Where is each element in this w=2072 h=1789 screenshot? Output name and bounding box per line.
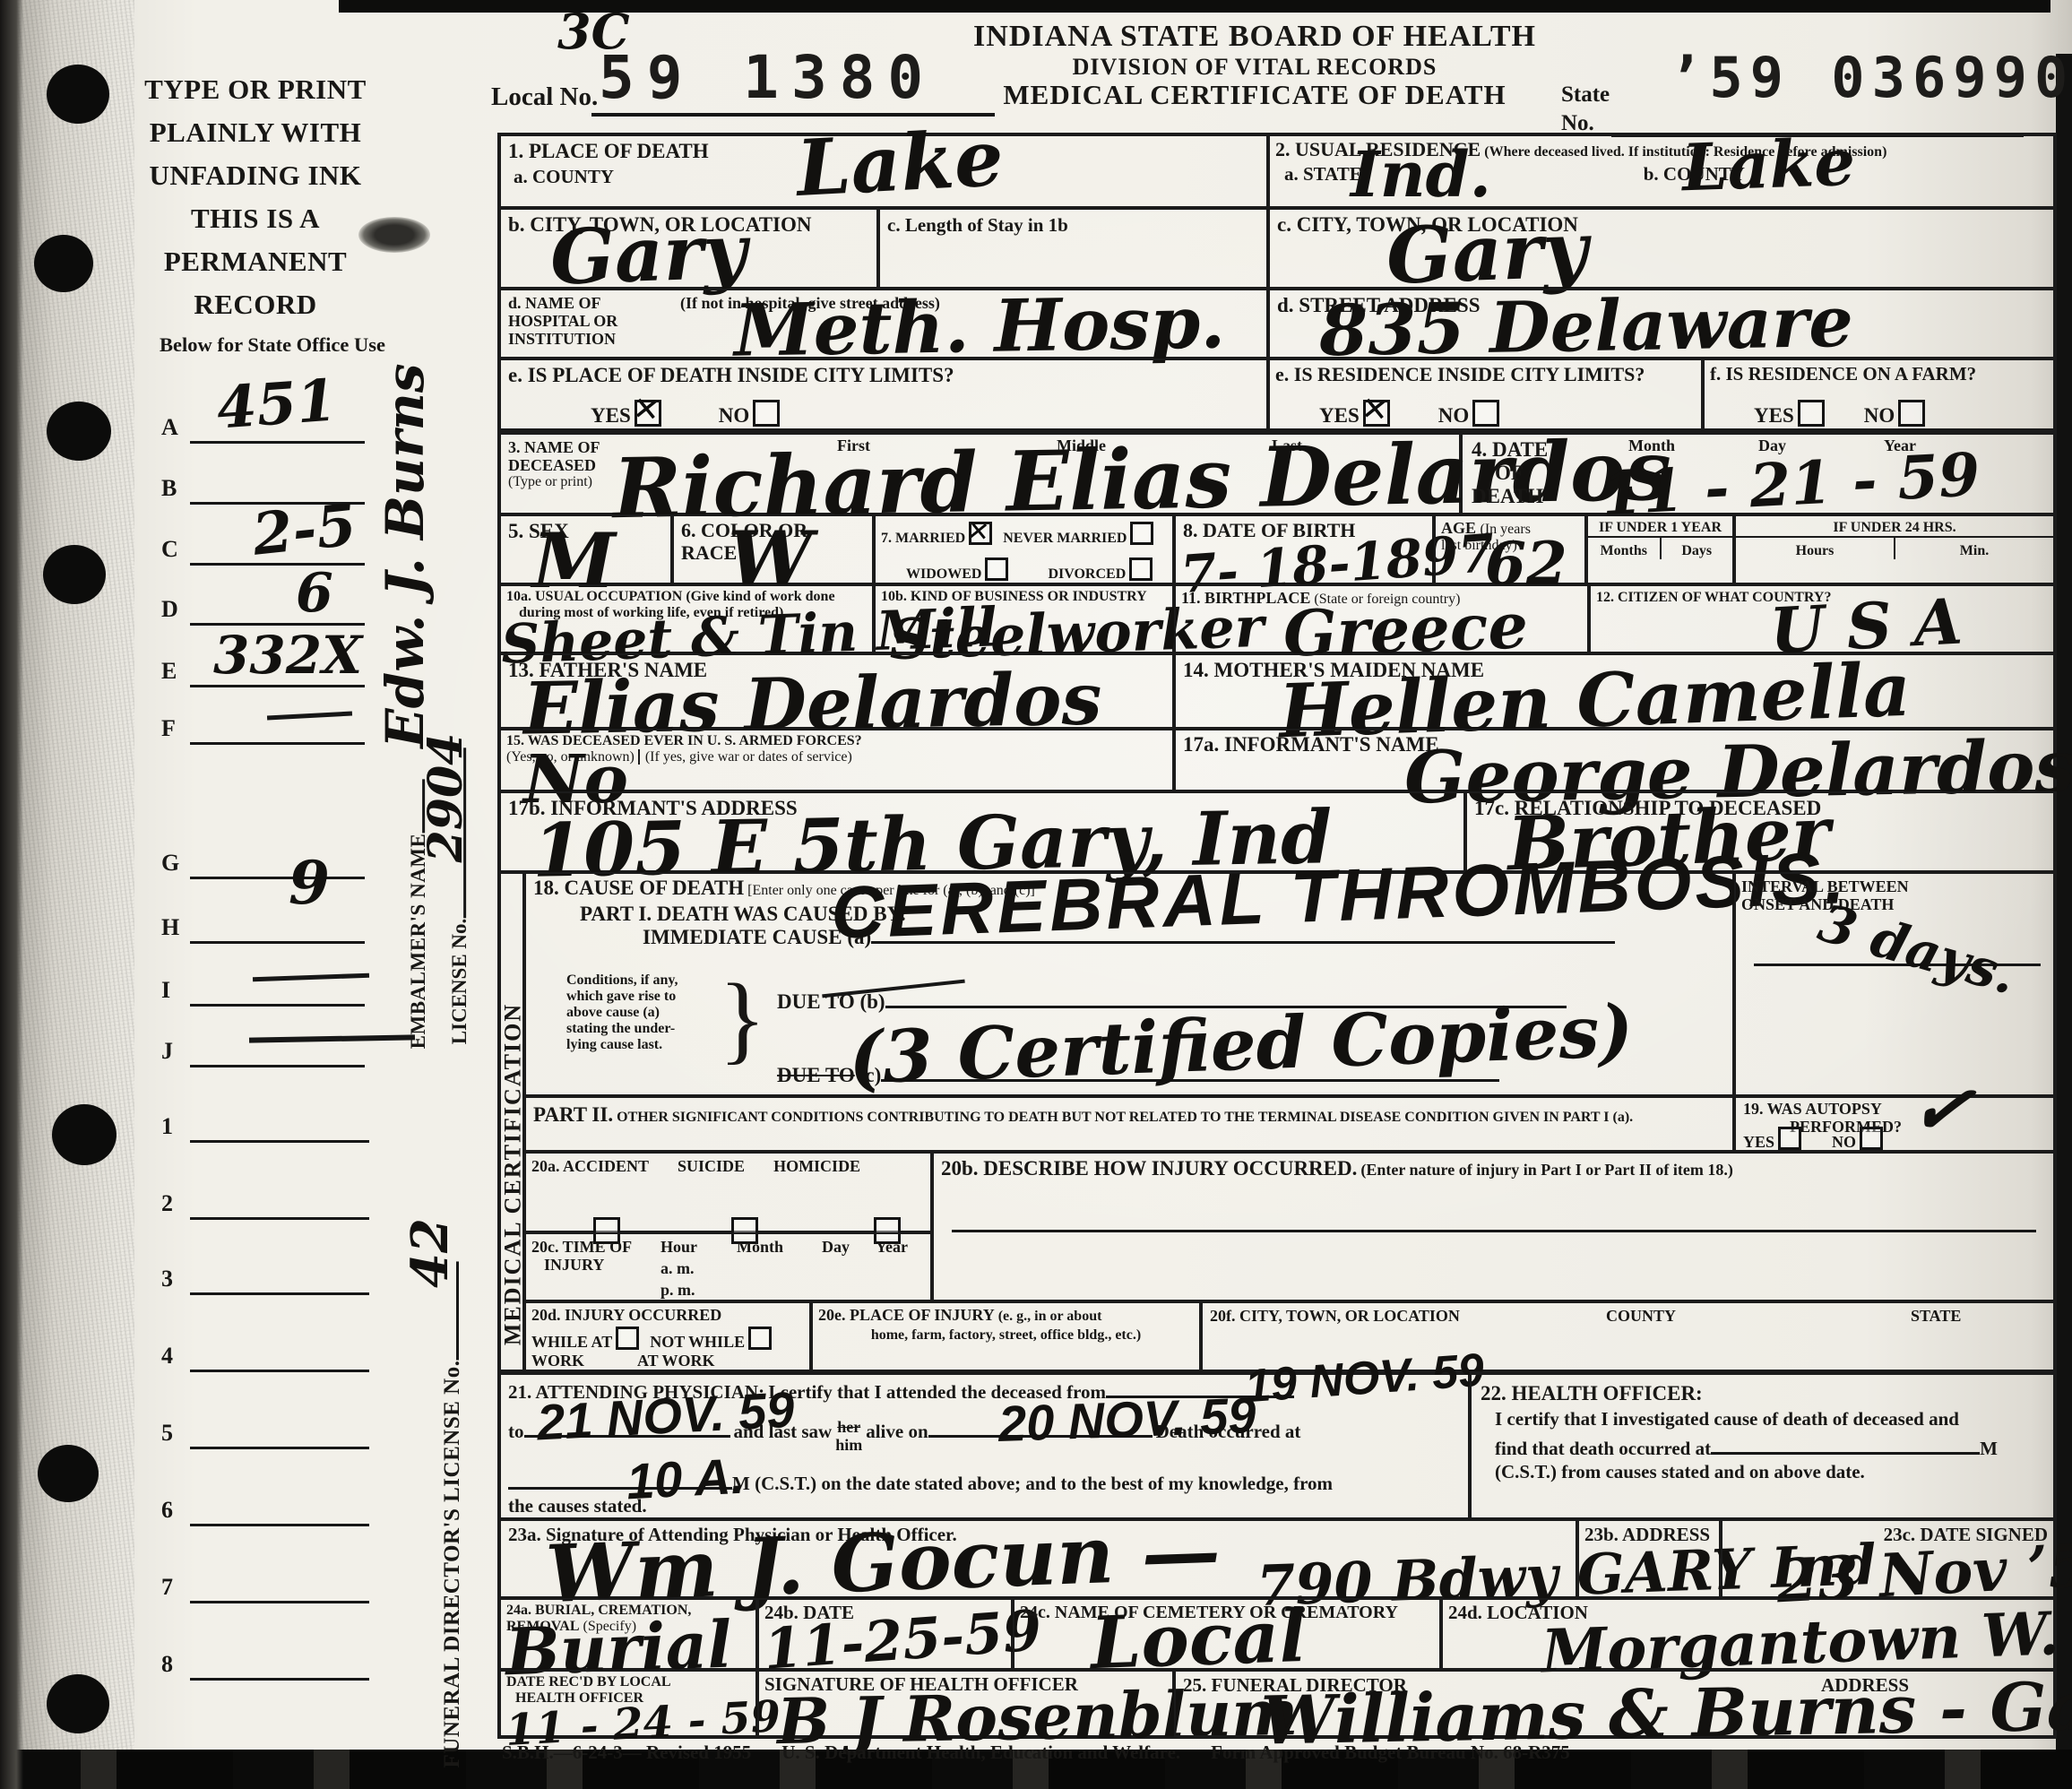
instruction-line: RECORD <box>143 283 367 326</box>
autopsy-no-checkbox-checked <box>1860 1127 1883 1150</box>
autopsy-yes-checkbox <box>1778 1127 1801 1150</box>
never-married-checkbox <box>1130 522 1153 545</box>
box3-label3: (Type or print) <box>508 474 600 490</box>
box1d-label1: d. NAME OF <box>508 294 617 312</box>
death-city-value: Gary <box>549 213 748 296</box>
date-recd-label1: DATE REC'D BY LOCAL <box>501 1672 755 1690</box>
embalmer-name-value: Edw. J. Burns <box>379 363 431 748</box>
x-mark: ✕ <box>965 515 991 549</box>
office-line <box>190 941 365 944</box>
months-label: Months <box>1588 538 1662 559</box>
married-checkbox-checked: ✕ <box>969 522 992 545</box>
title-line-1: INDIANA STATE BOARD OF HEALTH <box>905 20 1604 54</box>
local-no-stamp: 59 1380 <box>599 48 936 108</box>
medical-certification-label: MEDICAL CERTIFICATION <box>499 1003 525 1345</box>
yes-checkbox-checked: ✕ <box>1363 400 1390 427</box>
box1d-label2: HOSPITAL OR <box>508 312 617 330</box>
budget-bureau-footer: Form Approved Budget Bureau No. 68-R375 <box>1211 1741 1570 1763</box>
cell-2c-city: c. CITY, TOWN, OR LOCATION Gary <box>1268 208 2057 289</box>
office-line-number: 5 <box>161 1420 173 1446</box>
hours-label: Hours <box>1736 538 1895 559</box>
box3-label2: DECEASED <box>508 456 600 474</box>
box4-label2: OF <box>1472 462 1548 485</box>
funeral-director-license-label: FUNERAL DIRECTOR'S LICENSE No. <box>440 1262 465 1768</box>
office-line-number: 6 <box>161 1497 173 1523</box>
cell-24d-location: 24d. LOCATION Morgantown W. Va. <box>1441 1598 2057 1670</box>
office-line-letter: C <box>161 536 178 562</box>
residence-state-value: Ind. <box>1351 143 1491 206</box>
cell-4-date-of-death: 4. DATE OF DEATH Month Day Year 11 - 21 … <box>1461 430 2057 514</box>
cell-17a-informant: 17a. INFORMANT'S NAME George Delardos <box>1174 729 2057 791</box>
divorced-label: DIVORCED <box>1048 566 1126 582</box>
yes-label: YES <box>1743 1133 1774 1151</box>
x-mark: ✕ <box>631 391 661 430</box>
title-line-3: MEDICAL CERTIFICATE OF DEATH <box>905 80 1604 111</box>
form-title: INDIANA STATE BOARD OF HEALTH DIVISION O… <box>905 20 1604 111</box>
am-label: a. m. <box>660 1259 695 1277</box>
cell-22-health-officer: 22. HEALTH OFFICER: I certify that I inv… <box>1470 1371 2057 1519</box>
scanned-death-certificate: { "marks":{"x":"✕","check":"✓","brace":"… <box>0 0 2072 1789</box>
cell-1b-city: b. CITY, TOWN, OR LOCATION Gary <box>497 208 878 289</box>
box1c-label: c. Length of Stay in 1b <box>880 210 1266 242</box>
part2-label: PART II. <box>533 1103 613 1126</box>
scan-edge-right <box>2056 54 2072 1789</box>
box22-label: 22. HEALTH OFFICER: <box>1472 1375 2053 1405</box>
box22-text1: I certify that I investigated cause of d… <box>1472 1405 2053 1430</box>
box4-col-month: Month <box>1628 436 1675 454</box>
yes-label: YES <box>1319 404 1360 427</box>
cell-25-funeral-director: 25. FUNERAL DIRECTOR ADDRESS Williams & … <box>1174 1670 2057 1739</box>
conditions-note-line: Conditions, if any, <box>566 972 719 989</box>
cell-13-father: 13. FATHER'S NAME Elias Delardos <box>497 653 1174 729</box>
month-label: Month <box>737 1238 783 1256</box>
title-line-2: DIVISION OF VITAL RECORDS <box>905 54 1604 80</box>
office-value-A: 451 <box>215 372 339 437</box>
no-label: NO <box>1438 404 1470 427</box>
office-line <box>190 1217 369 1220</box>
office-line-letter: H <box>161 914 179 940</box>
cell-2f-farm: f. IS RESIDENCE ON A FARM? YES NO <box>1703 359 2057 430</box>
cell-20c-time-of-injury: 20c. TIME OF INJURY Hour a. m. p. m. Mon… <box>524 1232 932 1301</box>
box20e-note2: home, farm, factory, street, office bldg… <box>813 1327 1199 1344</box>
cell-9-age: AGE (In years last birthday) 62 <box>1434 514 1586 584</box>
office-line <box>190 1524 369 1526</box>
widowed-checkbox <box>985 557 1008 581</box>
office-line <box>190 1601 369 1603</box>
box18-label: 18. CAUSE OF DEATH <box>533 877 744 899</box>
office-line-number: 2 <box>161 1190 173 1216</box>
day-label: Day <box>822 1238 850 1256</box>
cell-19-autopsy: 19. WAS AUTOPSY PERFORMED? YES NO ✓ <box>1734 1096 2057 1152</box>
cell-23b-address: 23b. ADDRESS 790 Bdwy GARY Ind <box>1577 1519 1721 1598</box>
cell-date-recd: DATE REC'D BY LOCAL HEALTH OFFICER 11 - … <box>497 1670 757 1739</box>
punch-hole <box>43 545 106 604</box>
days-label: Days <box>1662 538 1733 559</box>
cell-20e-place-of-injury: 20e. PLACE OF INJURY (e. g., in or about… <box>811 1301 1201 1371</box>
punch-hole <box>34 235 93 292</box>
box21-text5: M (C.S.T.) on the date stated above; and… <box>732 1473 1333 1494</box>
cell-24a-burial: 24a. BURIAL, CREMATION, REMOVAL (Specify… <box>497 1598 757 1670</box>
box21-text3: alive on <box>866 1421 928 1442</box>
notary-seal-mark <box>358 217 430 253</box>
box22-text3: (C.S.T.) from causes stated and on above… <box>1472 1460 2053 1483</box>
box20c-label2: INJURY <box>531 1256 632 1274</box>
box2f-label: f. IS RESIDENCE ON A FARM? <box>1705 360 2053 389</box>
office-value-H: 9 <box>289 853 330 912</box>
conditions-note-line: stating the under- <box>566 1021 719 1037</box>
never-married-label: NEVER MARRIED <box>1003 531 1127 546</box>
office-line <box>190 441 365 444</box>
box3-label1: 3. NAME OF <box>508 438 600 456</box>
office-line-letter: B <box>161 475 177 501</box>
yes-label: YES <box>591 404 631 427</box>
office-line <box>190 1292 369 1295</box>
autopsy-no-checkmark: ✓ <box>1905 1067 1978 1151</box>
instruction-line: UNFADING INK <box>143 154 367 197</box>
year-label: Year <box>876 1238 908 1256</box>
work-label: WORK <box>531 1352 584 1370</box>
punch-hole <box>52 1104 117 1165</box>
instruction-line: THIS IS A <box>143 197 367 240</box>
office-line-letter: A <box>161 414 178 440</box>
state-label: STATE <box>1911 1307 1961 1325</box>
office-line-letter: G <box>161 850 179 876</box>
office-line <box>190 1447 369 1449</box>
x-mark: ✕ <box>1360 391 1390 430</box>
box20e-label: 20e. PLACE OF INJURY <box>818 1306 995 1324</box>
cell-18-part2: PART II. OTHER SIGNIFICANT CONDITIONS CO… <box>524 1096 1734 1152</box>
no-label: NO <box>719 404 750 427</box>
cell-2ab-residence: 2. USUAL RESIDENCE (Where deceased lived… <box>1268 133 2057 208</box>
him-label: him <box>835 1436 862 1454</box>
cell-20a-manner: 20a. ACCIDENT SUICIDE HOMICIDE <box>524 1152 932 1232</box>
cell-14-mother: 14. MOTHER'S MAIDEN NAME Hellen Camella <box>1174 653 2057 729</box>
cell-24c-cemetery: 24c. NAME OF CEMETERY OR CREMATORY Local <box>1013 1598 1441 1670</box>
homicide-label: HOMICIDE <box>773 1157 860 1175</box>
part2-text: OTHER SIGNIFICANT CONDITIONS CONTRIBUTIN… <box>617 1110 1633 1125</box>
box20c-label1: 20c. TIME OF <box>531 1238 632 1256</box>
county-value: Lake <box>795 120 1006 208</box>
accident-label: 20a. ACCIDENT <box>531 1157 649 1175</box>
cell-20b-describe-injury: 20b. DESCRIBE HOW INJURY OCCURRED. (Ente… <box>932 1152 2057 1301</box>
hour-label: Hour <box>660 1238 697 1256</box>
office-value-D: 6 <box>296 566 333 620</box>
cell-2e-city-limits: e. IS RESIDENCE INSIDE CITY LIMITS? YES … <box>1268 359 1703 430</box>
punch-hole <box>47 65 109 124</box>
cell-6-color-race: 6. COLOR OR RACE W <box>672 514 874 584</box>
cell-18-interval: INTERVAL BETWEEN ONSET AND DEATH 3 days. <box>1734 872 2057 1096</box>
widowed-label: WIDOWED <box>906 566 981 582</box>
cell-18-cause-of-death: 18. CAUSE OF DEATH [Enter only one cause… <box>524 872 1734 1096</box>
cell-20d-injury-at-work: 20d. INJURY OCCURRED WHILE AT NOT WHILE … <box>524 1301 811 1371</box>
office-line <box>190 1065 365 1067</box>
punch-hole <box>47 402 111 461</box>
while-at-label: WHILE AT <box>531 1333 612 1351</box>
cell-1c-length-of-stay: c. Length of Stay in 1b <box>878 208 1268 289</box>
instruction-block: TYPE OR PRINT PLAINLY WITH UNFADING INK … <box>143 68 367 326</box>
office-line-number: 3 <box>161 1266 173 1292</box>
her-struck-label: her <box>835 1418 862 1436</box>
cemetery-value: Local <box>1090 1600 1308 1679</box>
at-work-label: AT WORK <box>637 1352 715 1370</box>
punch-hole <box>38 1445 99 1502</box>
residence-city-value: Gary <box>1386 212 1589 296</box>
divorced-checkbox <box>1129 557 1153 581</box>
office-line <box>190 1140 369 1143</box>
office-line <box>190 1370 369 1372</box>
suicide-label: SUICIDE <box>678 1157 745 1175</box>
embalmer-license-label: LICENSE No. <box>448 748 471 1045</box>
state-no-label-state: State <box>1561 82 1610 108</box>
state-office-use-label: Below for State Office Use <box>160 333 385 356</box>
conditions-note-line: lying cause last. <box>566 1037 719 1053</box>
box1d-label3: INSTITUTION <box>508 330 617 348</box>
conditions-note-line: which gave rise to <box>566 989 719 1005</box>
box20f-label: 20f. CITY, TOWN, OR LOCATION <box>1210 1307 1460 1325</box>
box2e-label: e. IS RESIDENCE INSIDE CITY LIMITS? <box>1270 360 1701 390</box>
office-line <box>190 742 365 745</box>
not-while-at-work-checkbox <box>748 1327 772 1350</box>
office-line-number: 8 <box>161 1651 173 1677</box>
interval-label1: INTERVAL BETWEEN <box>1736 874 2053 895</box>
box21-to-label: to <box>508 1421 524 1442</box>
box19-label1: 19. WAS AUTOPSY <box>1743 1100 1882 1118</box>
cell-10a-occupation: 10a. USUAL OCCUPATION (Give kind of work… <box>497 584 874 653</box>
office-value-C: 2-5 <box>250 497 359 565</box>
age-label: AGE <box>1441 519 1476 537</box>
while-at-work-checkbox <box>616 1327 639 1350</box>
box22-text2: find that death occurred at <box>1495 1438 1711 1459</box>
agency-footer: U. S. Department Health, Education and W… <box>781 1741 1180 1763</box>
box1e-label: e. IS PLACE OF DEATH INSIDE CITY LIMITS? <box>501 360 1266 391</box>
conditions-brace: } <box>719 964 766 1074</box>
office-line-letter: J <box>161 1038 173 1064</box>
cell-1e-city-limits: e. IS PLACE OF DEATH INSIDE CITY LIMITS?… <box>497 359 1268 430</box>
box15-note2: (If yes, give war or dates of service) <box>638 749 852 765</box>
office-line-number: 4 <box>161 1343 173 1369</box>
under1yr-label: IF UNDER 1 YEAR <box>1588 516 1732 538</box>
office-line <box>190 1678 369 1681</box>
no-label: NO <box>1864 404 1895 427</box>
residence-county-value: Lake <box>1681 130 1856 201</box>
box4-label1: 4. DATE <box>1472 438 1548 462</box>
death-time-value: 10 A. <box>626 1451 747 1508</box>
married-label: 7. MARRIED <box>881 531 965 546</box>
no-checkbox <box>1898 400 1925 427</box>
instruction-line: PLAINLY WITH <box>143 111 367 154</box>
cell-2d-street: d. STREET ADDRESS 835 Delaware <box>1268 289 2057 359</box>
form-number-footer: S.B.H.—6-24-3— Revised 1955 <box>502 1741 751 1763</box>
office-line <box>190 1004 365 1007</box>
box20b-note: (Enter nature of injury in Part I or Par… <box>1360 1161 1732 1179</box>
office-line-letter: F <box>161 715 176 741</box>
instruction-line: TYPE OR PRINT <box>143 68 367 111</box>
office-line-number: 7 <box>161 1574 173 1600</box>
state-no-stamp: ’59 036990 <box>1669 50 2072 106</box>
cell-health-officer-signature: SIGNATURE OF HEALTH OFFICER B J Rosenblu… <box>757 1670 1174 1739</box>
yes-label: YES <box>1754 404 1794 427</box>
office-value-E: 332X <box>213 629 362 681</box>
punch-hole <box>47 1674 109 1733</box>
burial-date-value: 11-25-59 <box>762 1603 1043 1677</box>
cell-8-date-of-birth: 8. DATE OF BIRTH 7- 18-1897 <box>1174 514 1434 584</box>
cell-9b-under-1-year: IF UNDER 1 YEAR Months Days <box>1586 514 1734 584</box>
no-label: NO <box>1832 1133 1856 1151</box>
cell-21-attending-physician: 21. ATTENDING PHYSICIAN: I certify that … <box>497 1371 1470 1519</box>
box20e-note1: (e. g., in or about <box>998 1309 1102 1324</box>
cell-23c-date-signed: 23c. DATE SIGNED 23 Nov ’59 <box>1721 1519 2057 1598</box>
box20b-line <box>952 1230 2036 1232</box>
last-seen-value: 20 NOV. 59 <box>997 1390 1256 1449</box>
box22-m-label: M <box>1980 1438 1998 1459</box>
county-label: COUNTY <box>1606 1307 1676 1325</box>
under24-label: IF UNDER 24 HRS. <box>1736 516 2053 538</box>
no-checkbox <box>1472 400 1499 427</box>
due-to-c-label-struck: DUE TO <box>777 1064 855 1086</box>
cell-12-citizen: 12. CITIZEN OF WHAT COUNTRY? U S A <box>1589 584 2057 653</box>
cell-9c-under-24-hrs: IF UNDER 24 HRS. Hours Min. <box>1734 514 2057 584</box>
scan-edge-left <box>0 0 23 1789</box>
no-checkbox <box>753 400 780 427</box>
yes-checkbox <box>1798 400 1825 427</box>
local-no-label: Local No. <box>491 82 598 111</box>
hospital-value: Meth. Hosp. <box>733 286 1225 367</box>
office-line-letter: I <box>161 977 170 1003</box>
box4-label3: DEATH <box>1472 485 1548 508</box>
office-line-letter: D <box>161 596 178 622</box>
box20d-label: 20d. INJURY OCCURRED <box>526 1303 809 1327</box>
not-while-label: NOT WHILE <box>650 1333 745 1351</box>
cell-15-armed-forces: 15. WAS DECEASED EVER IN U. S. ARMED FOR… <box>497 729 1174 791</box>
cell-5-sex: 5. SEX M <box>497 514 672 584</box>
office-line-number: 1 <box>161 1113 173 1139</box>
cell-10b-industry: 10b. KIND OF BUSINESS OR INDUSTRY Steelw… <box>874 584 1174 653</box>
attended-to-value: 21 NOV. 59 <box>536 1385 796 1448</box>
cell-3-name-of-deceased: 3. NAME OF DECEASED (Type or print) Firs… <box>497 430 1461 514</box>
cell-1d-hospital: d. NAME OF HOSPITAL OR INSTITUTION (If n… <box>497 289 1268 359</box>
min-label: Min. <box>1895 538 2053 559</box>
cell-7-marital-status: 7. MARRIED ✕ NEVER MARRIED WIDOWED DIVOR… <box>874 514 1174 584</box>
office-line-letter: E <box>161 658 177 684</box>
instruction-line: PERMANENT <box>143 240 367 283</box>
cell-11-birthplace: 11. BIRTHPLACE (State or foreign country… <box>1174 584 1589 653</box>
office-line <box>190 877 365 879</box>
cell-1a-county: 1. PLACE OF DEATH a. COUNTY Lake <box>497 133 1268 208</box>
cell-24b-date: 24b. DATE 11-25-59 <box>757 1598 1013 1670</box>
pm-label: p. m. <box>660 1281 695 1299</box>
box20b-label: 20b. DESCRIBE HOW INJURY OCCURRED. <box>941 1157 1357 1180</box>
yes-checkbox-checked: ✕ <box>635 400 661 427</box>
conditions-note-line: above cause (a) <box>566 1005 719 1021</box>
date-of-death-value: 11 - 21 - 59 <box>1601 445 1981 523</box>
street-address-value: 835 Delaware <box>1318 288 1853 367</box>
